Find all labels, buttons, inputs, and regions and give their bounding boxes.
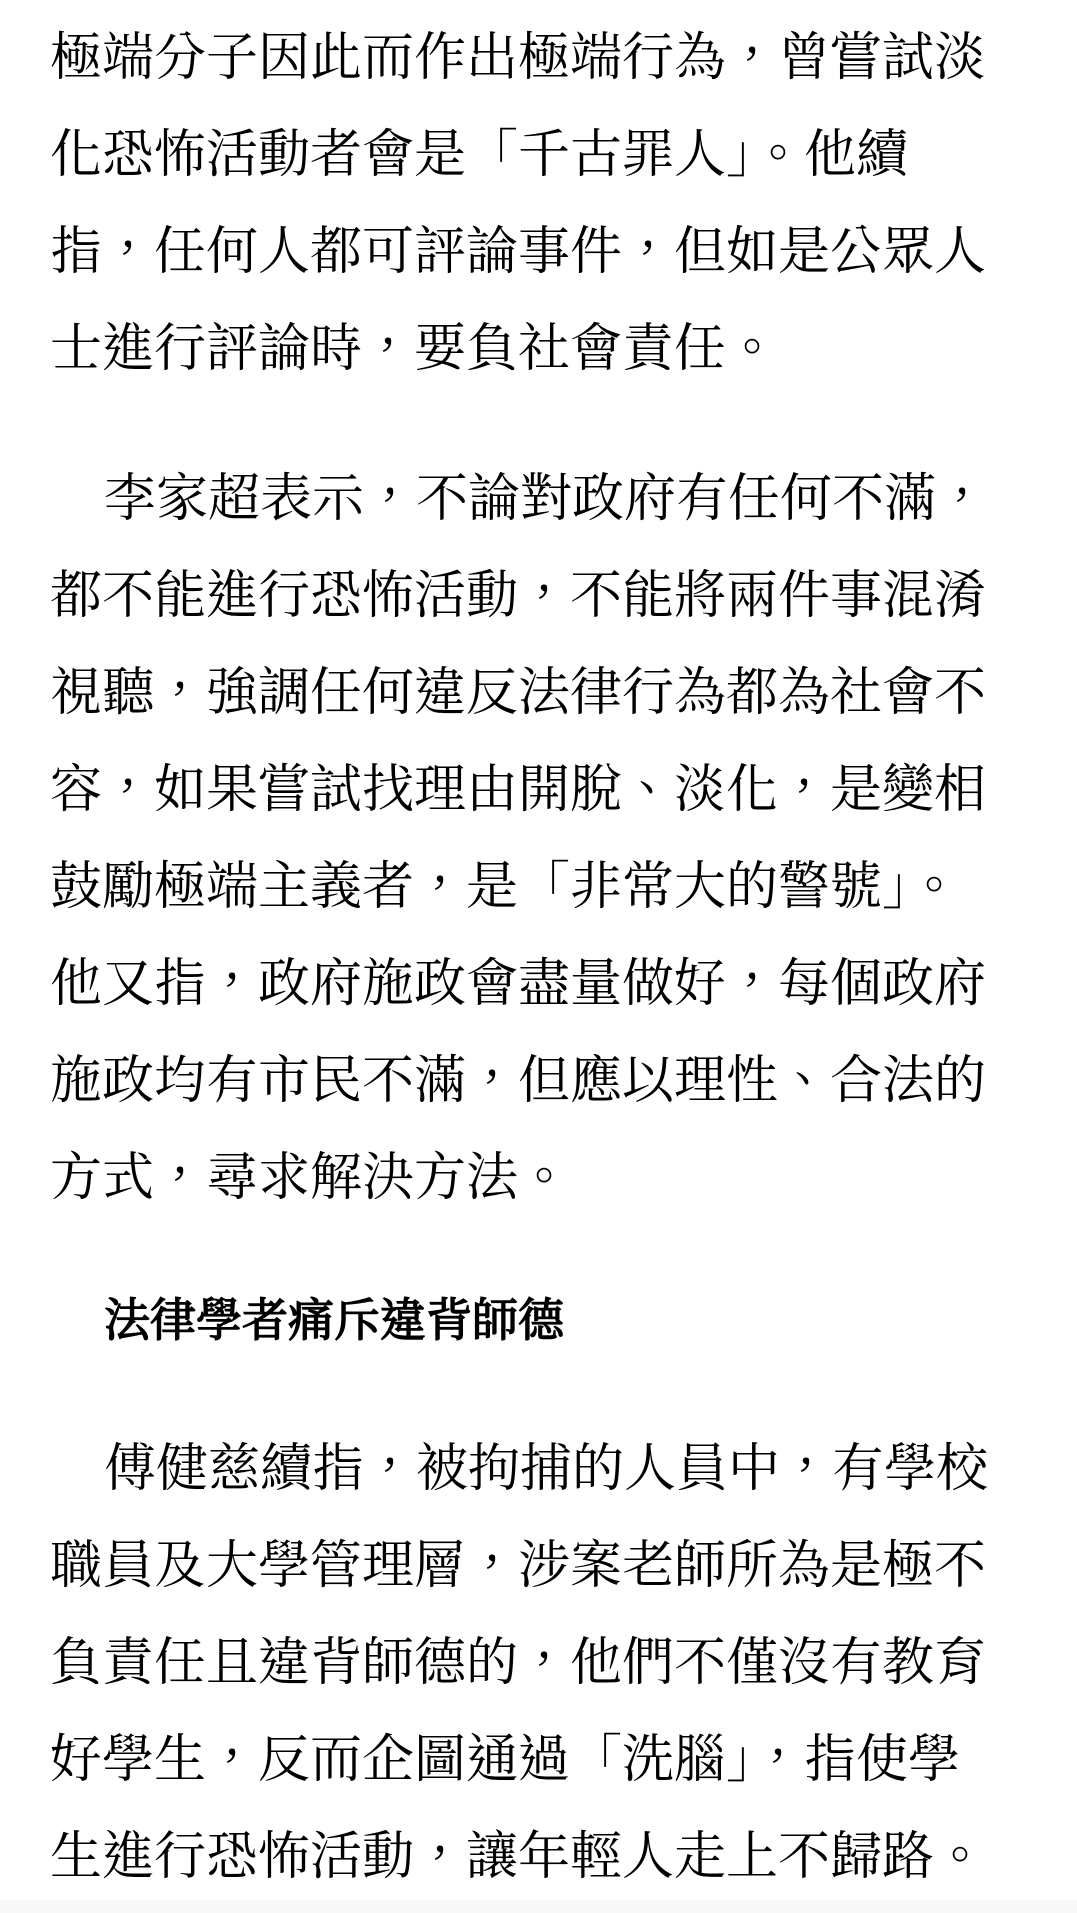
article-paragraph: 李家超表示，不論對政府有任何不滿， 都不能進行恐怖活動，不能將兩件事混淆 視聽，… bbox=[50, 451, 1017, 1227]
article-scroll-area[interactable]: 極端分子因此而作出極端行為，曾嘗試淡 化恐怖活動者會是「千古罪人」。他續 指，任… bbox=[0, 0, 1077, 1906]
article-paragraph: 極端分子因此而作出極端行為，曾嘗試淡 化恐怖活動者會是「千古罪人」。他續 指，任… bbox=[50, 10, 1017, 398]
article-subheading: 法律學者痛斥違背師德 bbox=[50, 1280, 1017, 1360]
article-page: 極端分子因此而作出極端行為，曾嘗試淡 化恐怖活動者會是「千古罪人」。他續 指，任… bbox=[0, 0, 1077, 1913]
bottom-bar bbox=[0, 1900, 1077, 1913]
article-paragraph: 傅健慈續指，被拘捕的人員中，有學校 職員及大學管理層，涉案老師所為是極不 負責任… bbox=[50, 1421, 1017, 1906]
